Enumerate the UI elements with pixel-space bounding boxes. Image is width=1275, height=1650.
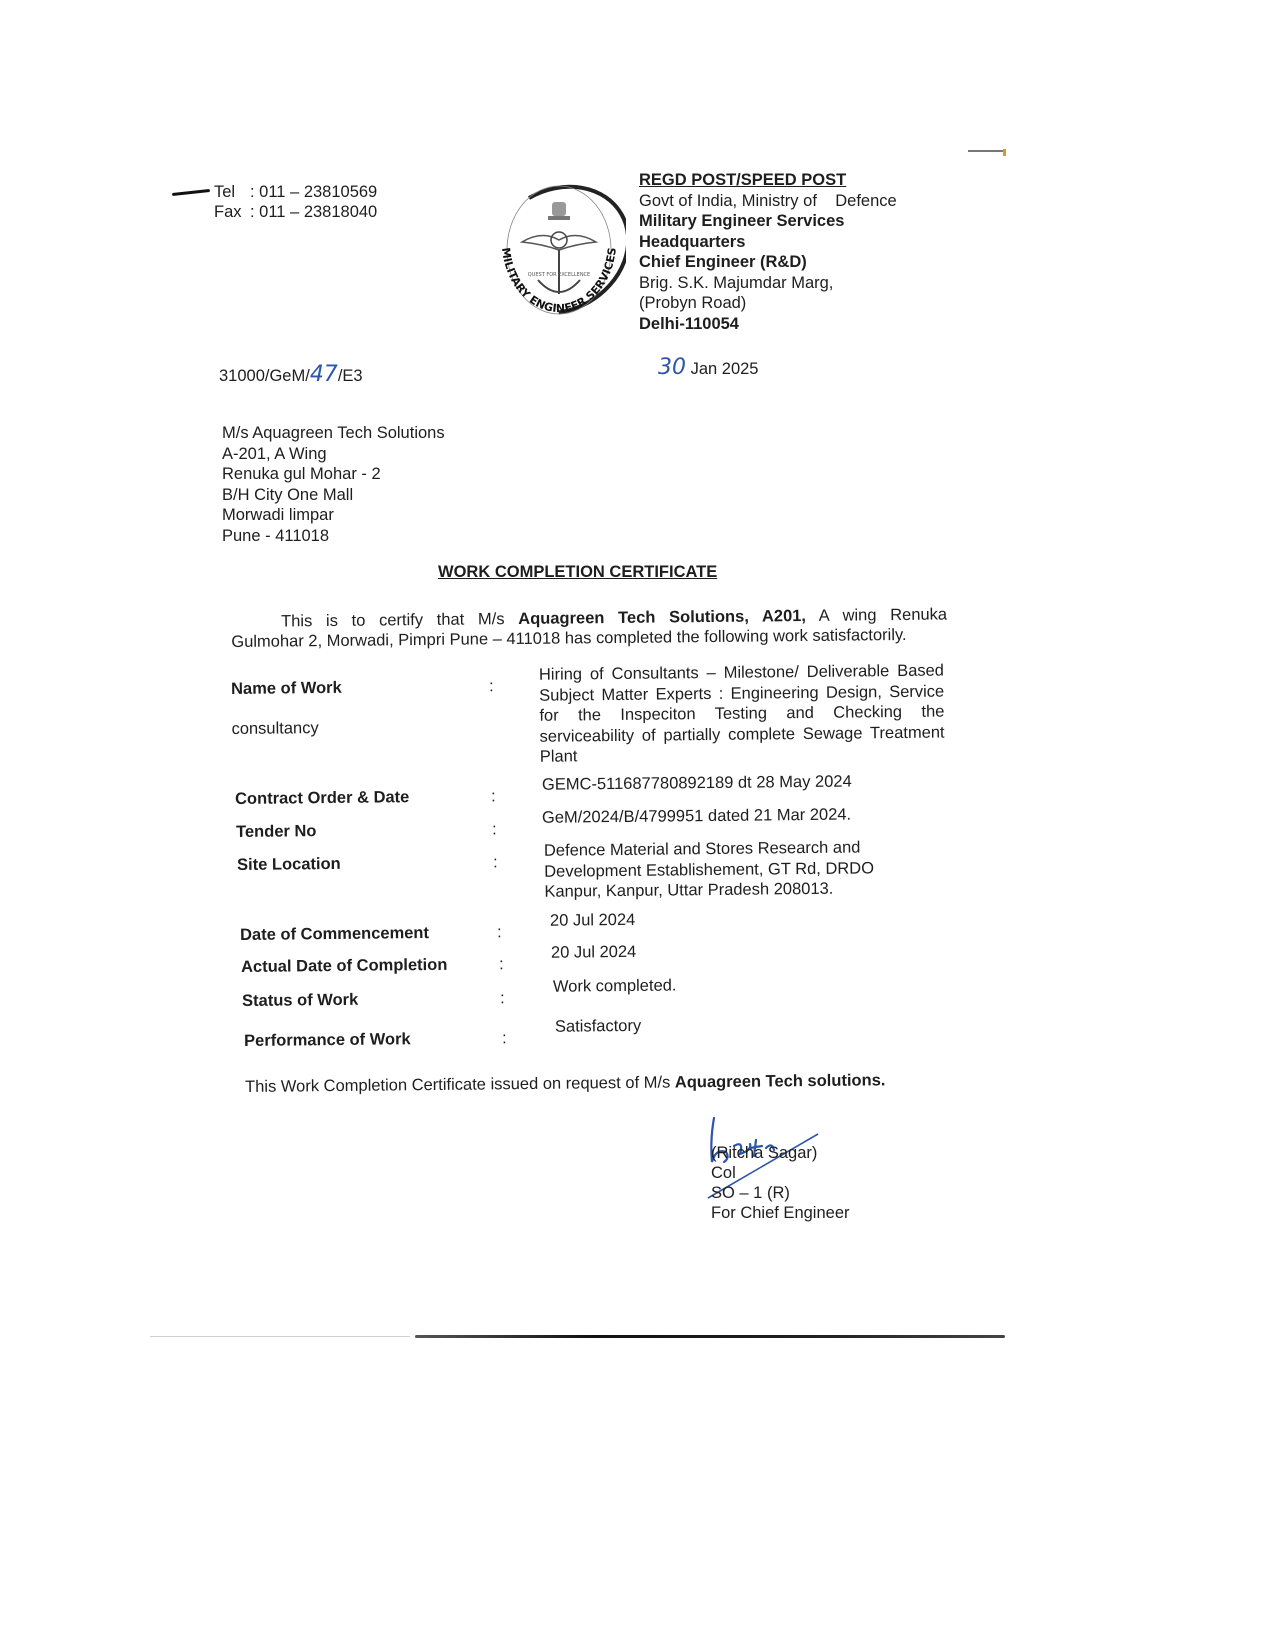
closing-statement: This Work Completion Certificate issued … xyxy=(245,1071,886,1097)
ministry-line: Govt of India, Ministry of Defence xyxy=(639,191,897,212)
detail-colon: : xyxy=(500,989,505,1008)
signatory-for: For Chief Engineer xyxy=(711,1203,850,1223)
detail-colon: : xyxy=(499,955,504,974)
office-address-block: REGD POST/SPEED POST Govt of India, Mini… xyxy=(639,170,897,334)
footer-rule xyxy=(415,1335,1005,1338)
detail-value: 20 Jul 2024 xyxy=(550,907,950,932)
signatory-block: (Ritcha Sagar) Col SO – 1 (R) For Chief … xyxy=(711,1143,850,1223)
tel-value: : 011 – 23810569 xyxy=(250,182,377,202)
detail-label: Status of Work xyxy=(242,991,358,1011)
org-unit: Headquarters xyxy=(639,232,897,253)
handwritten-ref-no: 47 xyxy=(310,362,338,387)
signatory-rank: Col xyxy=(711,1163,850,1183)
detail-value: 20 Jul 2024 xyxy=(551,939,951,964)
detail-value: Work completed. xyxy=(553,973,953,998)
detail-label: Contract Order & Date xyxy=(235,788,409,809)
detail-sublabel: consultancy xyxy=(231,719,318,739)
detail-colon: : xyxy=(502,1029,507,1048)
svg-text:QUEST FOR EXCELLENCE: QUEST FOR EXCELLENCE xyxy=(528,272,590,278)
recipient-line: A-201, A Wing xyxy=(222,444,445,465)
certificate-intro: This is to certify that M/s Aquagreen Te… xyxy=(231,605,947,652)
recipient-line: Morwadi limpar xyxy=(222,505,445,526)
footer-rule-faint xyxy=(150,1336,410,1337)
contact-block: Tel: 011 – 23810569 Fax: 011 – 23818040 xyxy=(214,182,377,222)
pen-dash-mark xyxy=(172,189,210,196)
street-line: Brig. S.K. Majumdar Marg, xyxy=(639,273,897,294)
detail-colon: : xyxy=(491,787,496,806)
tel-label: Tel xyxy=(214,182,250,202)
detail-label: Performance of Work xyxy=(244,1030,411,1051)
reference-number: 31000/GeM/47/E3 xyxy=(219,365,363,386)
corner-mark xyxy=(968,150,1004,152)
detail-colon: : xyxy=(493,853,498,872)
recipient-line: Renuka gul Mohar - 2 xyxy=(222,464,445,485)
city-line: Delhi-110054 xyxy=(639,314,897,335)
signatory-designation: SO – 1 (R) xyxy=(711,1183,850,1203)
recipient-line: B/H City One Mall xyxy=(222,485,445,506)
handwritten-day: 30 xyxy=(658,355,686,380)
detail-value: GEMC-511687780892189 dt 28 May 2024 xyxy=(542,771,942,796)
road-line: (Probyn Road) xyxy=(639,293,897,314)
detail-value: Satisfactory xyxy=(555,1013,955,1038)
military-engineer-services-emblem-icon: QUEST FOR EXCELLENCE MILITARY ENGINEER S… xyxy=(492,172,626,332)
detail-colon: : xyxy=(497,923,502,942)
office-name: Chief Engineer (R&D) xyxy=(639,252,897,273)
certificate-title: WORK COMPLETION CERTIFICATE xyxy=(438,563,717,582)
detail-label: Site Location xyxy=(237,855,341,875)
signatory-name: (Ritcha Sagar) xyxy=(711,1143,850,1163)
detail-colon: : xyxy=(492,820,497,839)
letter-date: 30 Jan 2025 xyxy=(658,358,759,379)
recipient-address: M/s Aquagreen Tech Solutions A-201, A Wi… xyxy=(222,423,445,546)
recipient-line: Pune - 411018 xyxy=(222,526,445,547)
fax-label: Fax xyxy=(214,202,250,222)
detail-label: Actual Date of Completion xyxy=(241,956,447,977)
detail-label: Tender No xyxy=(236,822,317,842)
detail-value: Hiring of Consultants – Milestone/ Deliv… xyxy=(539,661,945,768)
post-type: REGD POST/SPEED POST xyxy=(639,170,897,191)
detail-label: Date of Commencement xyxy=(240,924,429,945)
detail-label: Name of Work xyxy=(231,679,342,699)
detail-value: Defence Material and Stores Research and… xyxy=(544,837,905,902)
detail-value: GeM/2024/B/4799951 dated 21 Mar 2024. xyxy=(542,804,942,829)
fax-value: : 011 – 23818040 xyxy=(250,202,377,222)
org-name: Military Engineer Services xyxy=(639,211,897,232)
detail-colon: : xyxy=(489,677,494,696)
recipient-line: M/s Aquagreen Tech Solutions xyxy=(222,423,445,444)
